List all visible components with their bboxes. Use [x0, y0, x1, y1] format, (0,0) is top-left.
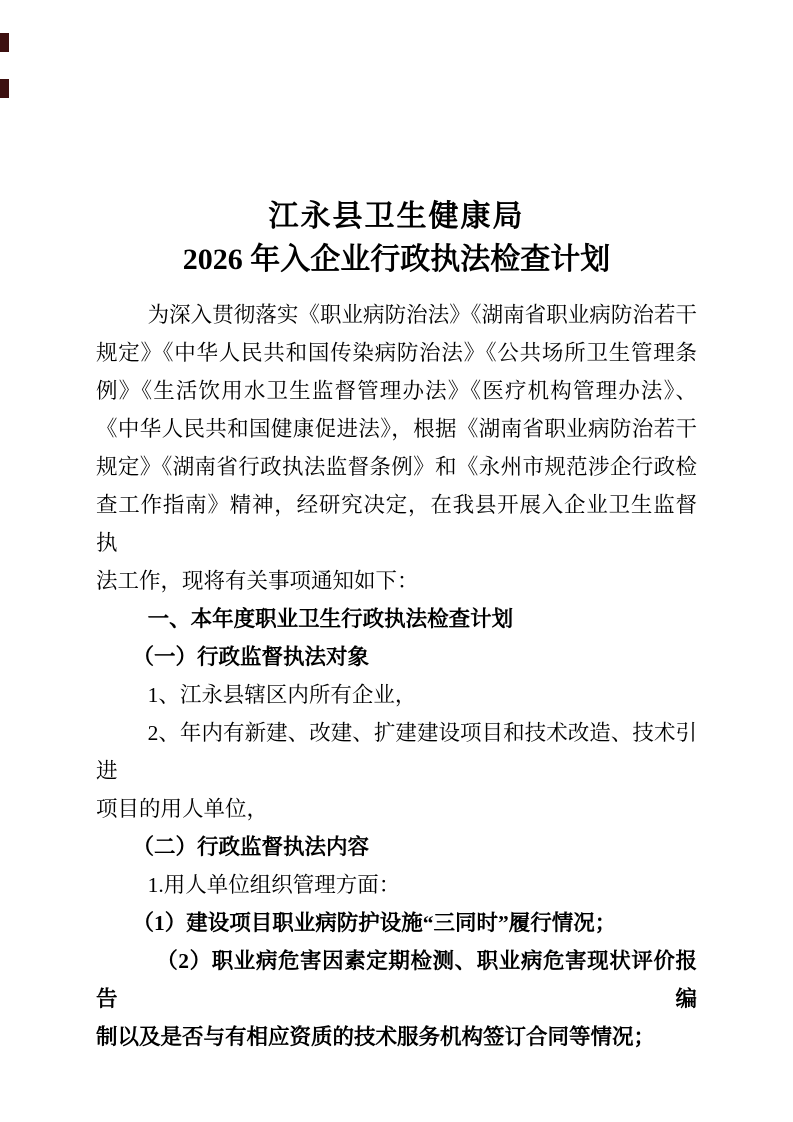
doc-title: 江永县卫生健康局 [96, 196, 697, 238]
doc-heading-section-1: 一、本年度职业卫生行政执法检查计划 [96, 600, 697, 638]
doc-line-11: 2、年内有新建、改建、扩建建设项目和技术改造、技术引进 [96, 714, 697, 790]
page-edge-mark [0, 33, 9, 52]
doc-subtitle: 2026 年入企业行政执法检查计划 [96, 238, 697, 282]
doc-line-14: 1.用人单位组织管理方面： [96, 866, 697, 904]
doc-line-12: 项目的用人单位， [96, 790, 697, 828]
doc-heading-1-1: （一）行政监督执法对象 [96, 638, 697, 676]
doc-line-1: 为深入贯彻落实《职业病防治法》《湖南省职业病防治若干 [96, 296, 697, 334]
doc-heading-1-2: （二）行政监督执法内容 [96, 828, 697, 866]
doc-line-10: 1、江永县辖区内所有企业， [96, 676, 697, 714]
doc-line-2: 规定》《中华人民共和国传染病防治法》《公共场所卫生管理条 [96, 334, 697, 372]
doc-body: 为深入贯彻落实《职业病防治法》《湖南省职业病防治若干 规定》《中华人民共和国传染… [96, 296, 697, 1056]
doc-line-4: 《中华人民共和国健康促进法》，根据《湖南省职业病防治若干 [96, 410, 697, 448]
doc-line-6: 查工作指南》精神，经研究决定，在我县开展入企业卫生监督执 [96, 486, 697, 562]
document-content: 江永县卫生健康局 2026 年入企业行政执法检查计划 为深入贯彻落实《职业病防治… [0, 0, 793, 1056]
document-page: 江永县卫生健康局 2026 年入企业行政执法检查计划 为深入贯彻落实《职业病防治… [0, 0, 793, 1122]
doc-line-15: （1）建设项目职业病防护设施“三同时”履行情况； [96, 904, 697, 942]
doc-line-5: 规定》《湖南省行政执法监督条例》和《永州市规范涉企行政检 [96, 448, 697, 486]
doc-line-16: （2）职业病危害因素定期检测、职业病危害现状评价报告编 [96, 942, 697, 1018]
page-edge-mark [0, 79, 9, 98]
doc-line-17: 制以及是否与有相应资质的技术服务机构签订合同等情况； [96, 1018, 697, 1056]
doc-line-3: 例》《生活饮用水卫生监督管理办法》《医疗机构管理办法》、 [96, 372, 697, 410]
doc-line-7: 法工作，现将有关事项通知如下： [96, 562, 697, 600]
